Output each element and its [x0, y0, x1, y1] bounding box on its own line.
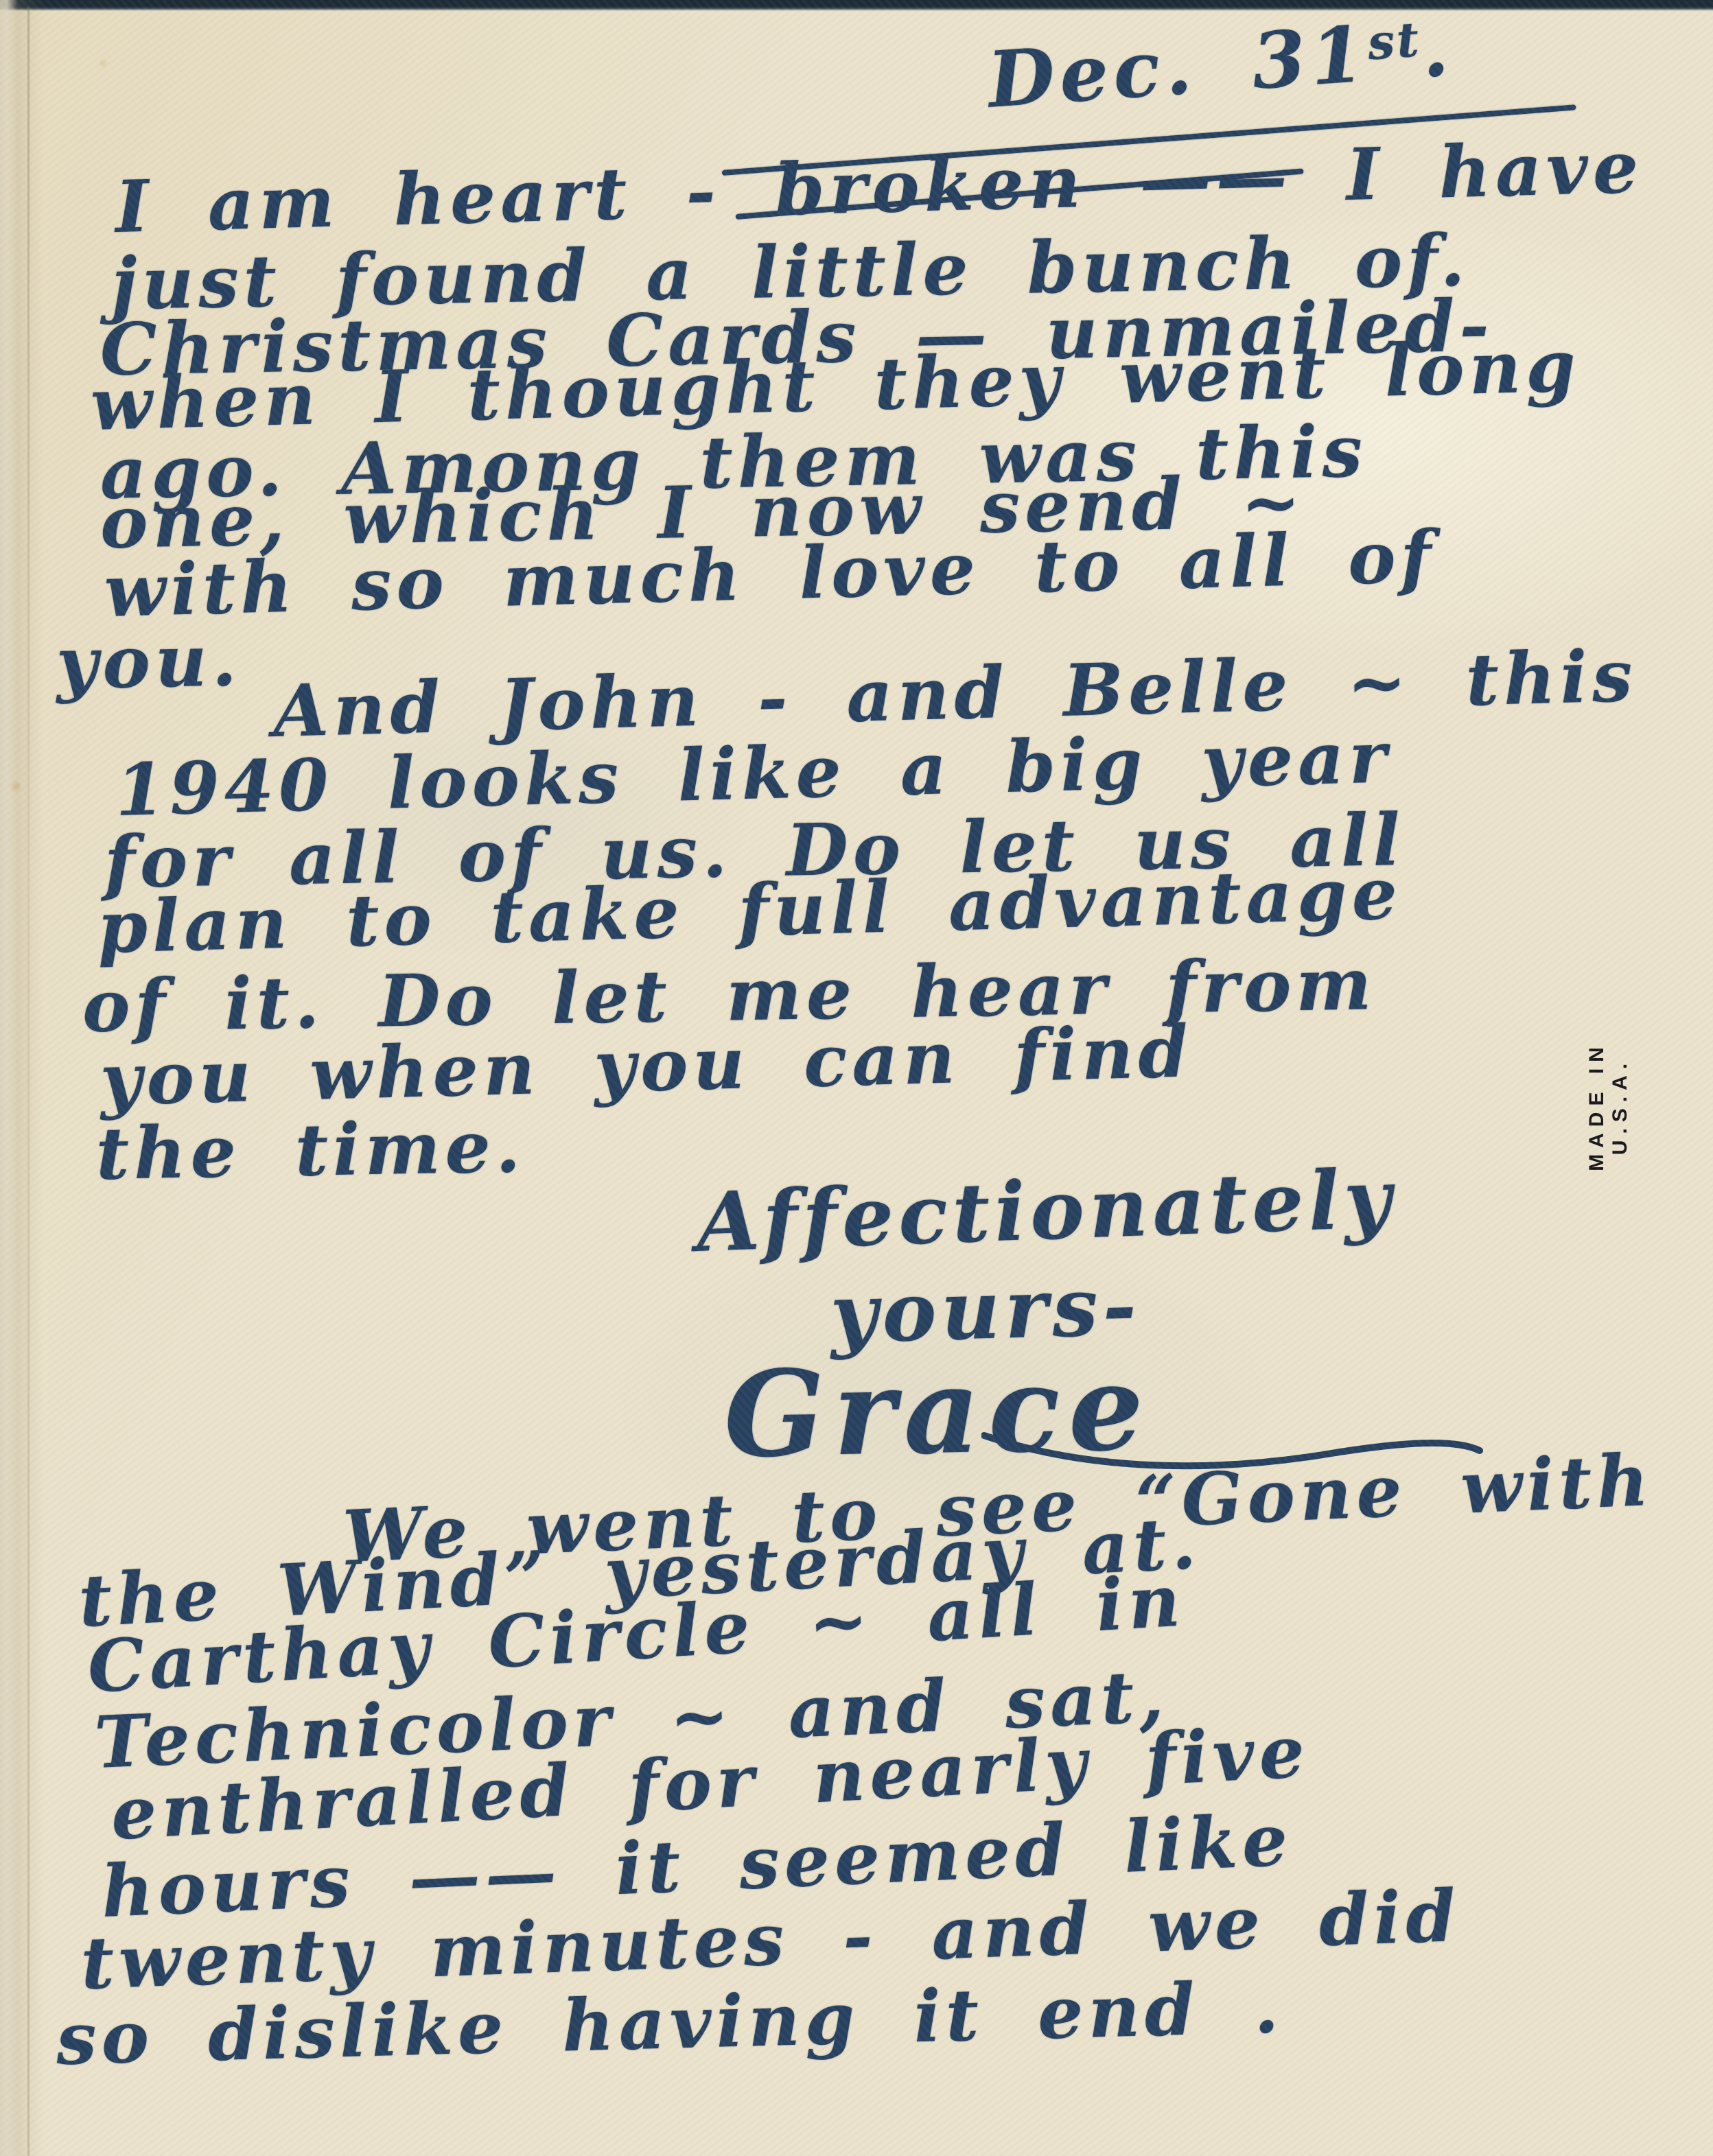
letter-line: you.: [56, 618, 242, 705]
letter-date: Dec. 31st.: [985, 3, 1456, 126]
paper-left-edge: [0, 0, 62, 2156]
closing-line: Affectionately: [695, 1150, 1397, 1269]
date-period: .: [1418, 3, 1456, 95]
scan-top-edge: [0, 0, 1713, 11]
letter-page: Dec. 31st. I am heart - broken —— I have…: [0, 0, 1713, 2156]
date-ordinal: st: [1366, 12, 1423, 71]
made-in-usa-stamp: MADE IN U.S.A.: [1585, 993, 1609, 1219]
letter-line: the time.: [95, 1104, 526, 1196]
paper-crease: [27, 7, 30, 2156]
date-main: Dec. 31: [985, 9, 1371, 125]
